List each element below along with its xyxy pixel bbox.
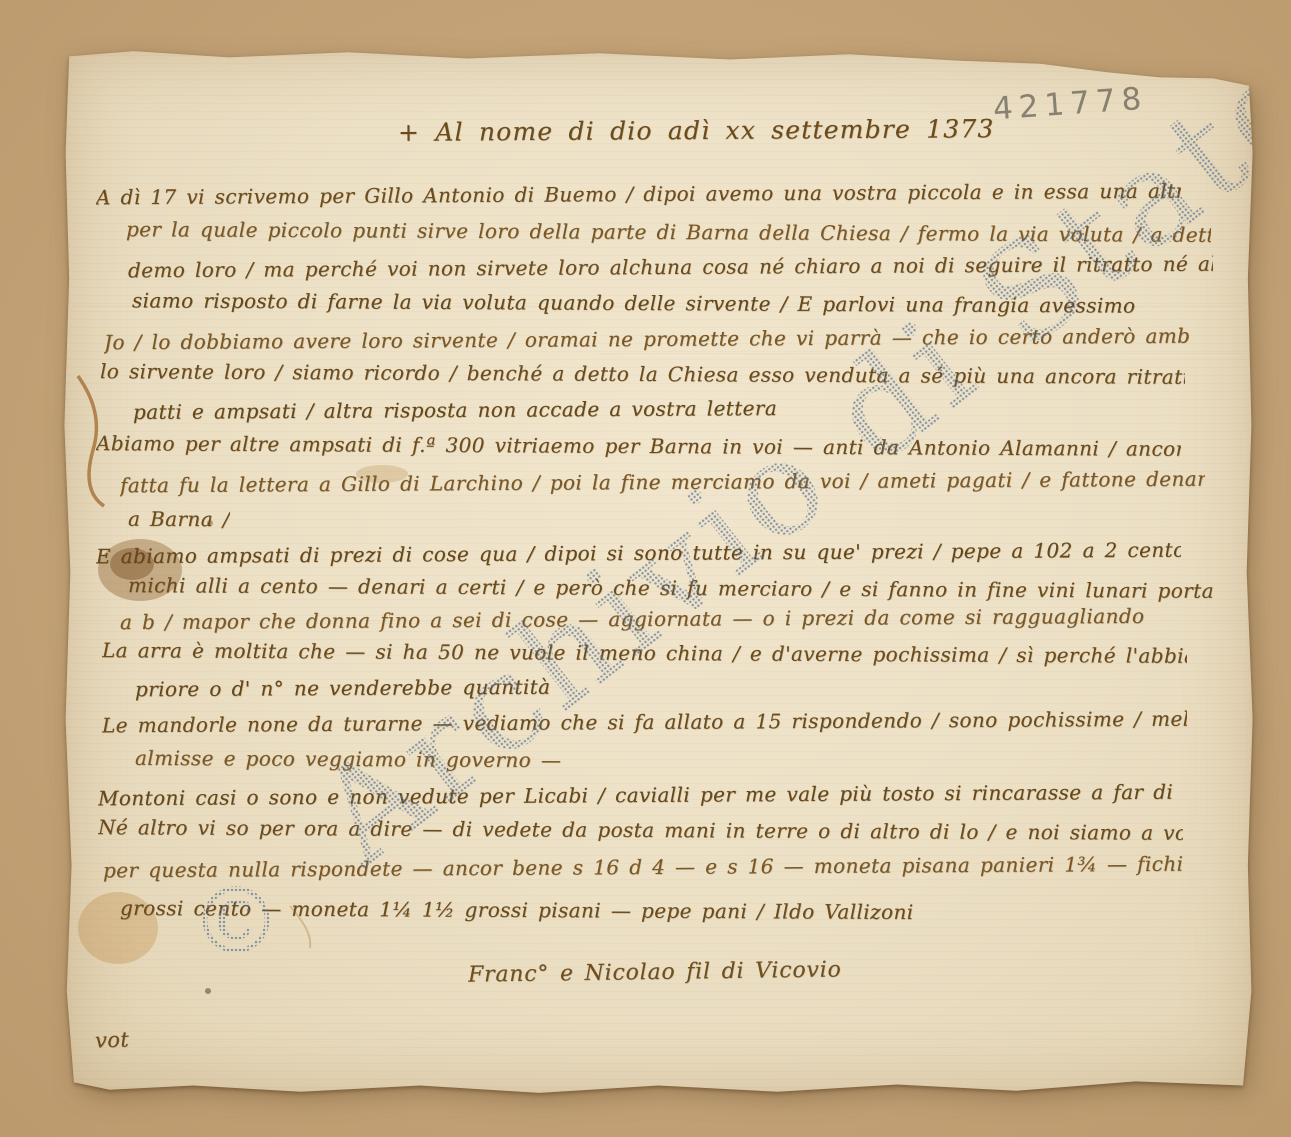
manuscript-line: demo loro / ma perché voi non sirvete lo… xyxy=(128,252,1213,283)
manuscript-line: almisse e poco veggiamo in governo — xyxy=(135,746,561,772)
manuscript-line: michi alli a cento — denari a certi / e … xyxy=(128,573,1213,603)
manuscript-line: Jo / lo dobbiamo avere loro sirvente / o… xyxy=(104,324,1189,355)
manuscript-line: A dì 17 vi scrivemo per Gillo Antonio di… xyxy=(96,179,1181,210)
fold-crease xyxy=(599,353,1243,356)
date-line: + Al nome di dio adì xx settembre 1373 xyxy=(398,114,995,148)
manuscript-line: a Barna / xyxy=(128,507,230,532)
manuscript-line: Né altro vi so per ora a dire — di vedet… xyxy=(98,815,1183,845)
manuscript-line: priore o d' n° ne venderebbe quantità xyxy=(135,675,551,702)
copyright-icon: © xyxy=(190,876,282,968)
manuscript-line: E abiamo ampsati di prezi di cose qua / … xyxy=(96,538,1181,569)
manuscript-line: Abiamo per altre ampsati di f.ª 300 vitr… xyxy=(96,431,1181,461)
docket-mark: vot xyxy=(95,1027,130,1053)
manuscript-line: per la quale piccolo punti sirve loro de… xyxy=(126,217,1211,247)
manuscript-scan: 421778 + Al nome di dio adì xx settembre… xyxy=(0,0,1291,1137)
archive-number-pencil: 421778 xyxy=(992,81,1148,128)
letter-sheet: 421778 + Al nome di dio adì xx settembre… xyxy=(62,48,1255,1096)
manuscript-line: Le mandorle none da turarne — vediamo ch… xyxy=(102,707,1187,738)
manuscript-line: grossi cento — moneta 1¼ 1½ grossi pisan… xyxy=(120,896,914,924)
paper-surface: 421778 + Al nome di dio adì xx settembre… xyxy=(62,48,1255,1096)
manuscript-line: Montoni casi o sono e non vedute per Lic… xyxy=(98,780,1183,811)
speck xyxy=(205,988,211,994)
manuscript-line: a b / mapor che donna fino a sei di cose… xyxy=(120,604,1145,634)
manuscript-line: per questa nulla rispondete — ancor bene… xyxy=(103,852,1188,883)
manuscript-line: patti e ampsati / altra risposta non acc… xyxy=(133,396,777,424)
manuscript-line: fatta fu la lettera a Gillo di Larchino … xyxy=(120,467,1205,498)
manuscript-line: siamo risposto di farne la via voluta qu… xyxy=(132,288,1136,317)
manuscript-line: La arra è moltita che — si ha 50 ne vuol… xyxy=(102,638,1187,668)
manuscript-line: lo sirvente loro / siamo ricordo / bench… xyxy=(100,359,1185,389)
signature-line: Franc° e Nicolao fil di Vicovio xyxy=(468,957,842,989)
